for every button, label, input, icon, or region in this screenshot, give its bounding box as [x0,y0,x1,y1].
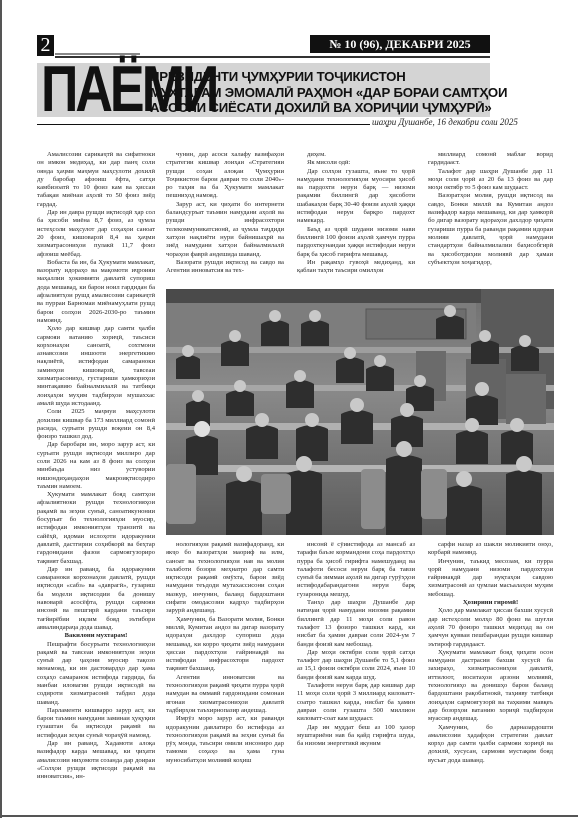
article-paragraph: Вобаста ба ин, ба Ҳукумати мамлакат, ваз… [37,259,155,325]
article-paragraph: Дар баробари ин, моро зарур аст, ки суръ… [37,441,155,491]
article-paragraph: Инчунин, таъкид месозам, ки пурра ҷорӣ н… [428,558,553,599]
article-paragraph: Дар ин муддат беш аз 100 ҳазор муштариён… [297,724,415,749]
article-column-4-top: миллиард сомонӣ маблағ ворид гардидааст.… [428,151,553,286]
article-column-3-top: диҳем.Як мисоли одӣ:Дар солҳои гузашта, … [297,151,415,286]
article-paragraph: Дар моҳи октябри соли ҷорӣ сатҳи талафот… [297,649,415,682]
photo-image [166,289,554,535]
article-paragraph: Дар ин раванд, Хадамоти алоқа вазифадор … [37,740,155,781]
section-subheading: Ҳозирини гиромӣ! [428,599,553,607]
article-paragraph: Ҳоло дар мамлакат ҳиссаи бахши хусусӣ да… [428,607,553,648]
article-paragraph: миллиард сомонӣ маблағ ворид гардидааст. [428,151,553,168]
article-paragraph: Парламенти кишварро зарур аст, ки барои … [37,707,155,740]
article-paragraph: Талафоти неруи барқ дар кишвар дар 11 мо… [297,682,415,723]
article-column-2-bottom: нологияҳои рақамӣ вазифадоранд, ки якҷо … [166,541,284,771]
headline-line: ПРЕЗИДЕНТИ ҶУМҲУРИИ ТОҶИКИСТОН [150,69,490,85]
article-column-4-bottom: сарфи назар аз шакли моликияти онҳо, кор… [428,541,553,771]
article-column-2-top: чунин, дар асоси халафу вазифаҳои страте… [166,151,284,286]
article-paragraph: Як мисоли одӣ: [297,159,415,167]
article-paragraph: Ҳамчунин, ба Вазорати молия, Бонки миллӣ… [166,616,284,674]
article-paragraph: Ҳукумати мамлакат бояд самтҳои афзалиятн… [37,491,155,566]
headline-line: АСОСИИ СИЁСАТИ ДОХИЛӢ ВА ХОРИҶИИ ҶУМҲУРӢ… [150,100,490,116]
article-paragraph: Имрӯз моро зарур аст, ки раванди идораку… [166,715,284,765]
dateline: шаҳри Душанбе, 16 декабри соли 2025 [372,117,490,127]
article-paragraph: Ҳамчунин, бо дарназардошти амалисозии ҳа… [428,724,553,765]
article-paragraph: Пешрафти босуръати технологияҳои рақамӣ … [37,641,155,707]
article-paragraph: сарфи назар аз шакли моликияти онҳо, кор… [428,541,553,558]
article-paragraph: Агентии инноватсия ва технологияҳои рақа… [166,674,284,715]
parliament-session-photo [166,289,554,535]
article-paragraph: диҳем. [297,151,415,159]
article-paragraph: Вазоратҳои молия, рушди иқтисод ва савдо… [428,192,553,267]
article-paragraph: Баъд аз ҷорӣ шудани низоми нави биллингӣ… [297,226,415,259]
article-paragraph: Зарур аст, ки ҷиҳати бо интернети баланд… [166,201,284,259]
article-paragraph: Дар ин давра рушди иқтисодӣ ҳар сол ба ҳ… [37,209,155,259]
article-paragraph: Дар ин раванд, ба идоракунии самараноки … [37,566,155,632]
article-paragraph: Танҳо дар шаҳри Душанбе дар натиҷаи ҷорӣ… [297,599,415,649]
article-paragraph: чунин, дар асоси халафу вазифаҳои страте… [166,151,284,201]
headline-line: МУҲТАРАМ ЭМОМАЛӢ РАҲМОН «ДАР БОРАИ САМТҲ… [150,85,490,101]
article-paragraph: Вазорати рушди иқтисод ва савдо ва Агент… [166,259,284,276]
article-paragraph: Талафот дар шаҳри Душанбе дар 11 моҳи со… [428,168,553,193]
headline-banner: ПАЁМИ ПРЕЗИДЕНТИ ҶУМҲУРИИ ТОҶИКИСТОН МУҲ… [37,63,490,117]
headline: ПРЕЗИДЕНТИ ҶУМҲУРИИ ТОҶИКИСТОН МУҲТАРАМ … [150,69,490,116]
article-paragraph: Амалисозии сарикаҷтӣ ва сифатноки он имк… [37,151,155,209]
article-column-3-bottom: инсонӣ ё сӯиистифода аз мансаб аз тарафи… [297,541,415,771]
article-paragraph: Соли 2025 маҷмуи маҳсулоти дохилии кишва… [37,408,155,441]
article-paragraph: Дар солҳои гузашта, яъне то ҷорӣ намудан… [297,168,415,226]
article-paragraph: нологияҳои рақамӣ вазифадоранд, ки якҷо … [166,541,284,616]
article-paragraph: Ин рақамҳо гувоҳӣ медиҳанд, ки қаблан та… [297,259,415,276]
article-paragraph: Ҳукумати мамлакат бояд ҷиҳати осон намуд… [428,649,553,724]
issue-label: № 10 (96), ДЕКАБРИ 2025 [310,35,490,53]
article-column-1: Амалисозии сарикаҷтӣ ва сифатноки он имк… [37,151,155,771]
section-subheading: Вакилони мухтарам! [37,632,155,640]
page-frame-left-border [0,0,2,818]
page-frame-bottom-border [0,815,578,817]
dateline-rule [37,124,370,125]
article-paragraph: Ҳоло дар кишвар дар самти ҷалби сармояи … [37,325,155,408]
article-paragraph: инсонӣ ё сӯиистифода аз мансаб аз тарафи… [297,541,415,599]
